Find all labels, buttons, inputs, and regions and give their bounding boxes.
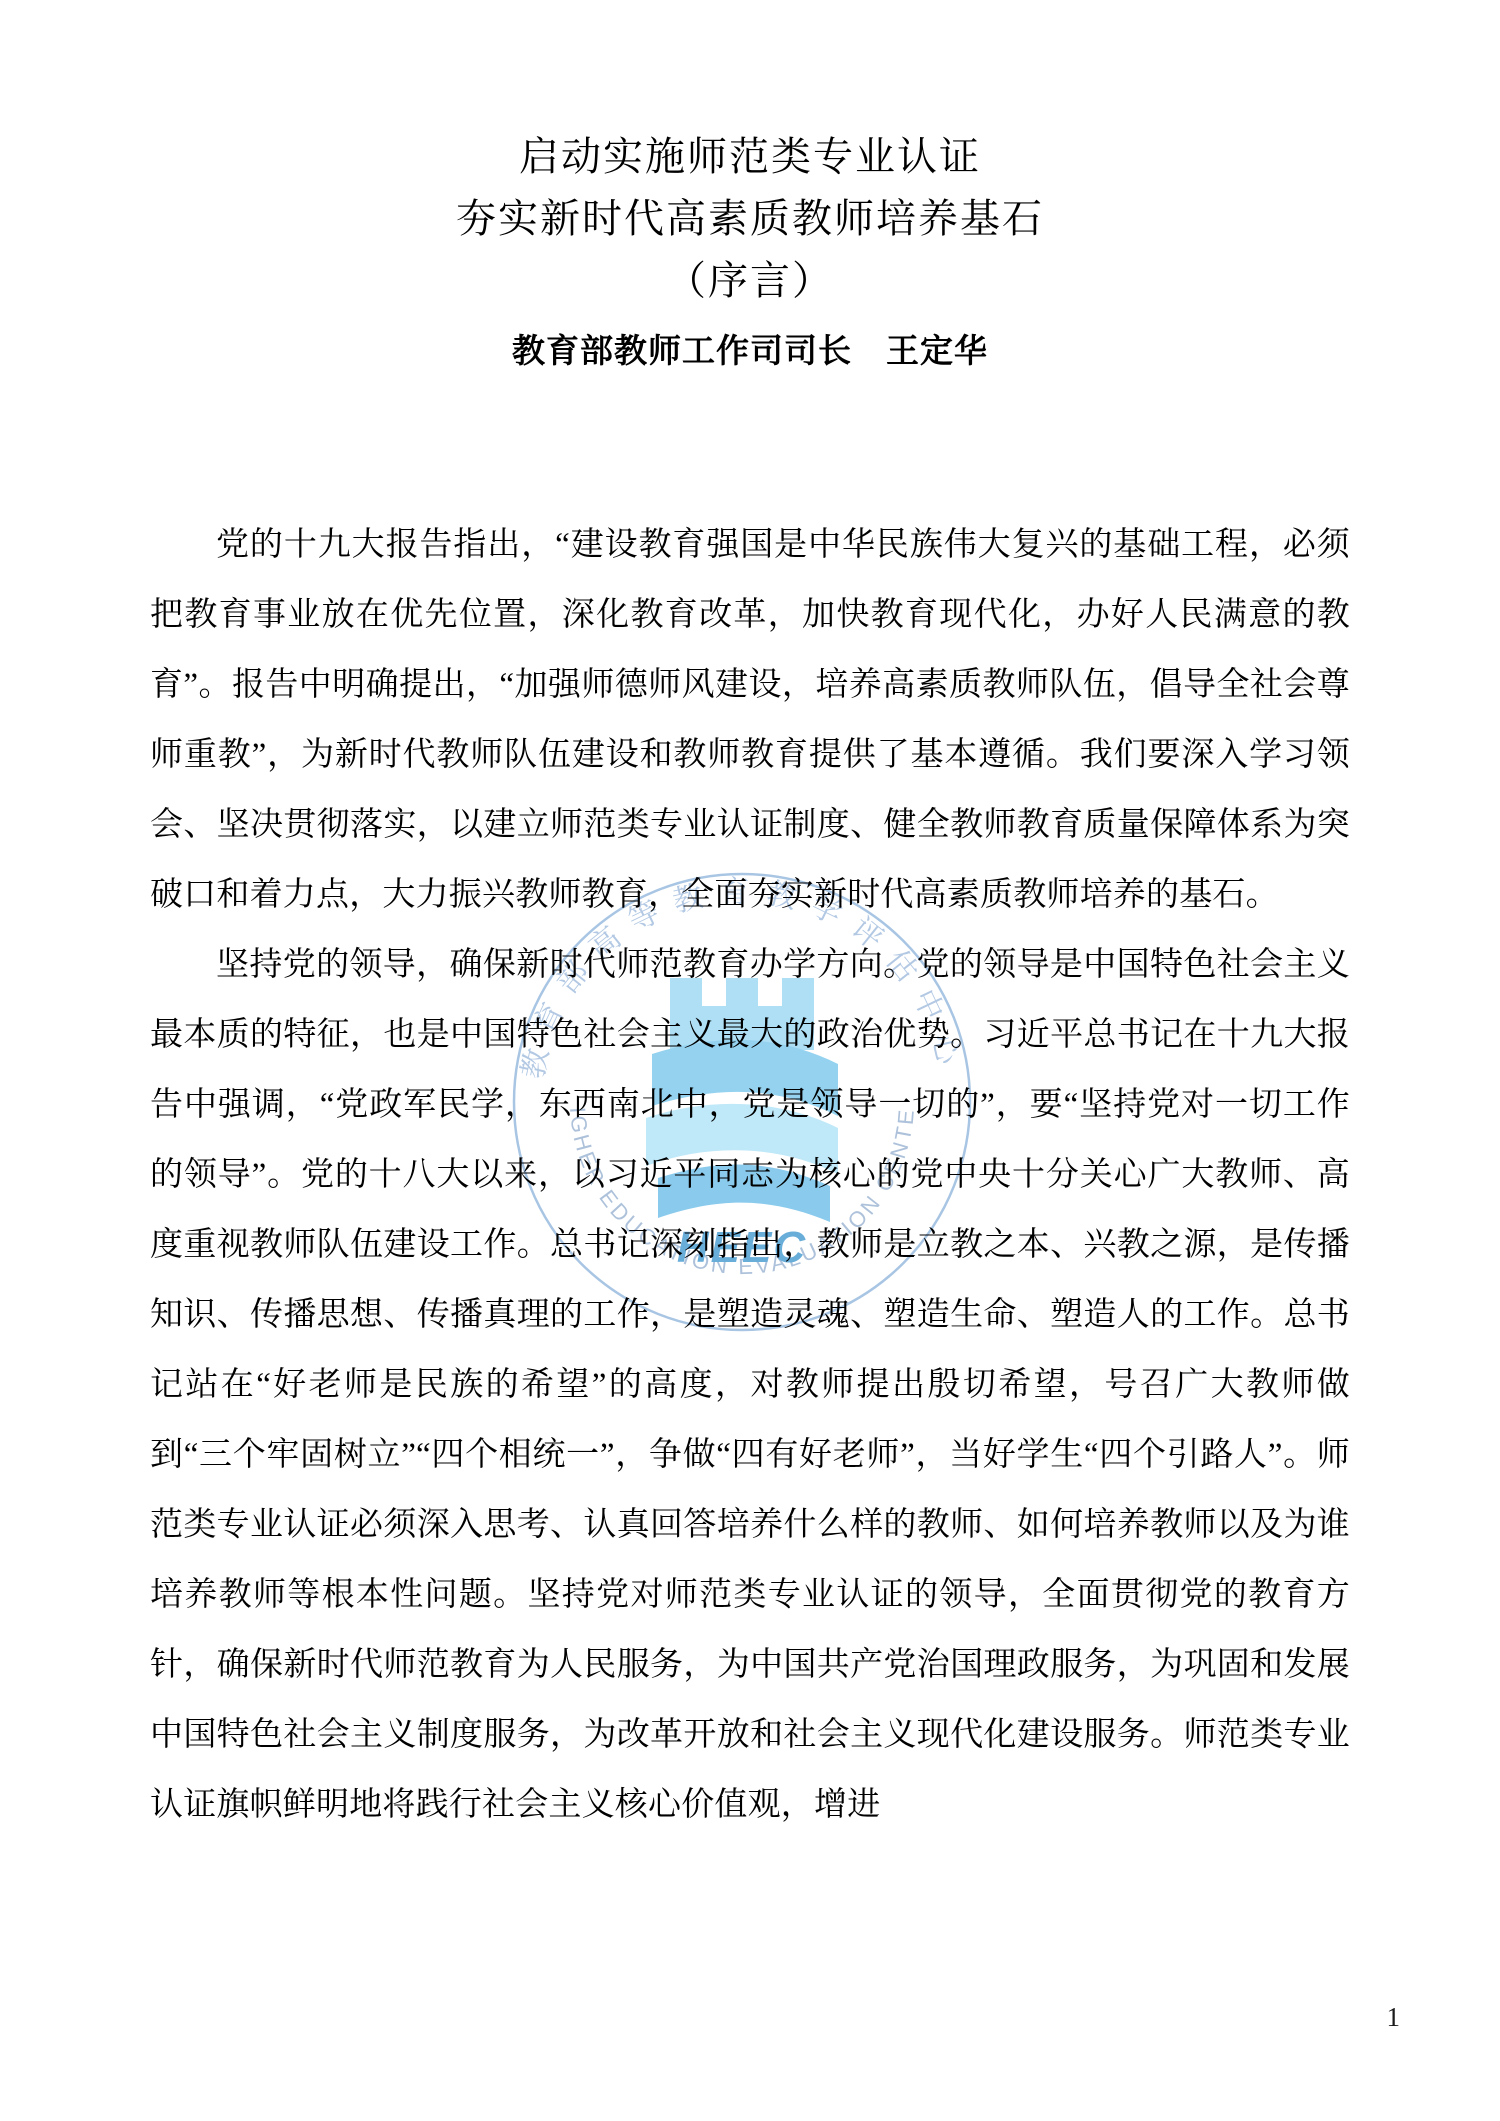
body-text: 党的十九大报告指出，“建设教育强国是中华民族伟大复兴的基础工程，必须把教育事业放… bbox=[150, 510, 1350, 1840]
paragraph-1: 党的十九大报告指出，“建设教育强国是中华民族伟大复兴的基础工程，必须把教育事业放… bbox=[150, 510, 1350, 930]
doc-title-line-1: 启动实施师范类专业认证 bbox=[150, 126, 1350, 188]
author-line: 教育部教师工作司司长 王定华 bbox=[150, 328, 1350, 376]
doc-title-line-2: 夯实新时代高素质教师培养基石 bbox=[150, 188, 1350, 250]
document-body: 启动实施师范类专业认证 夯实新时代高素质教师培养基石 （序言） 教育部教师工作司… bbox=[0, 0, 1500, 1840]
paragraph-2: 坚持党的领导，确保新时代师范教育办学方向。党的领导是中国特色社会主义最本质的特征… bbox=[150, 930, 1350, 1840]
page-number: 1 bbox=[1387, 2002, 1401, 2032]
document-page: 教育部高等教育教学评估中心 HIGHER EDUCATION EVALUATIO… bbox=[0, 0, 1500, 2121]
doc-title-line-3: （序言） bbox=[150, 250, 1350, 312]
